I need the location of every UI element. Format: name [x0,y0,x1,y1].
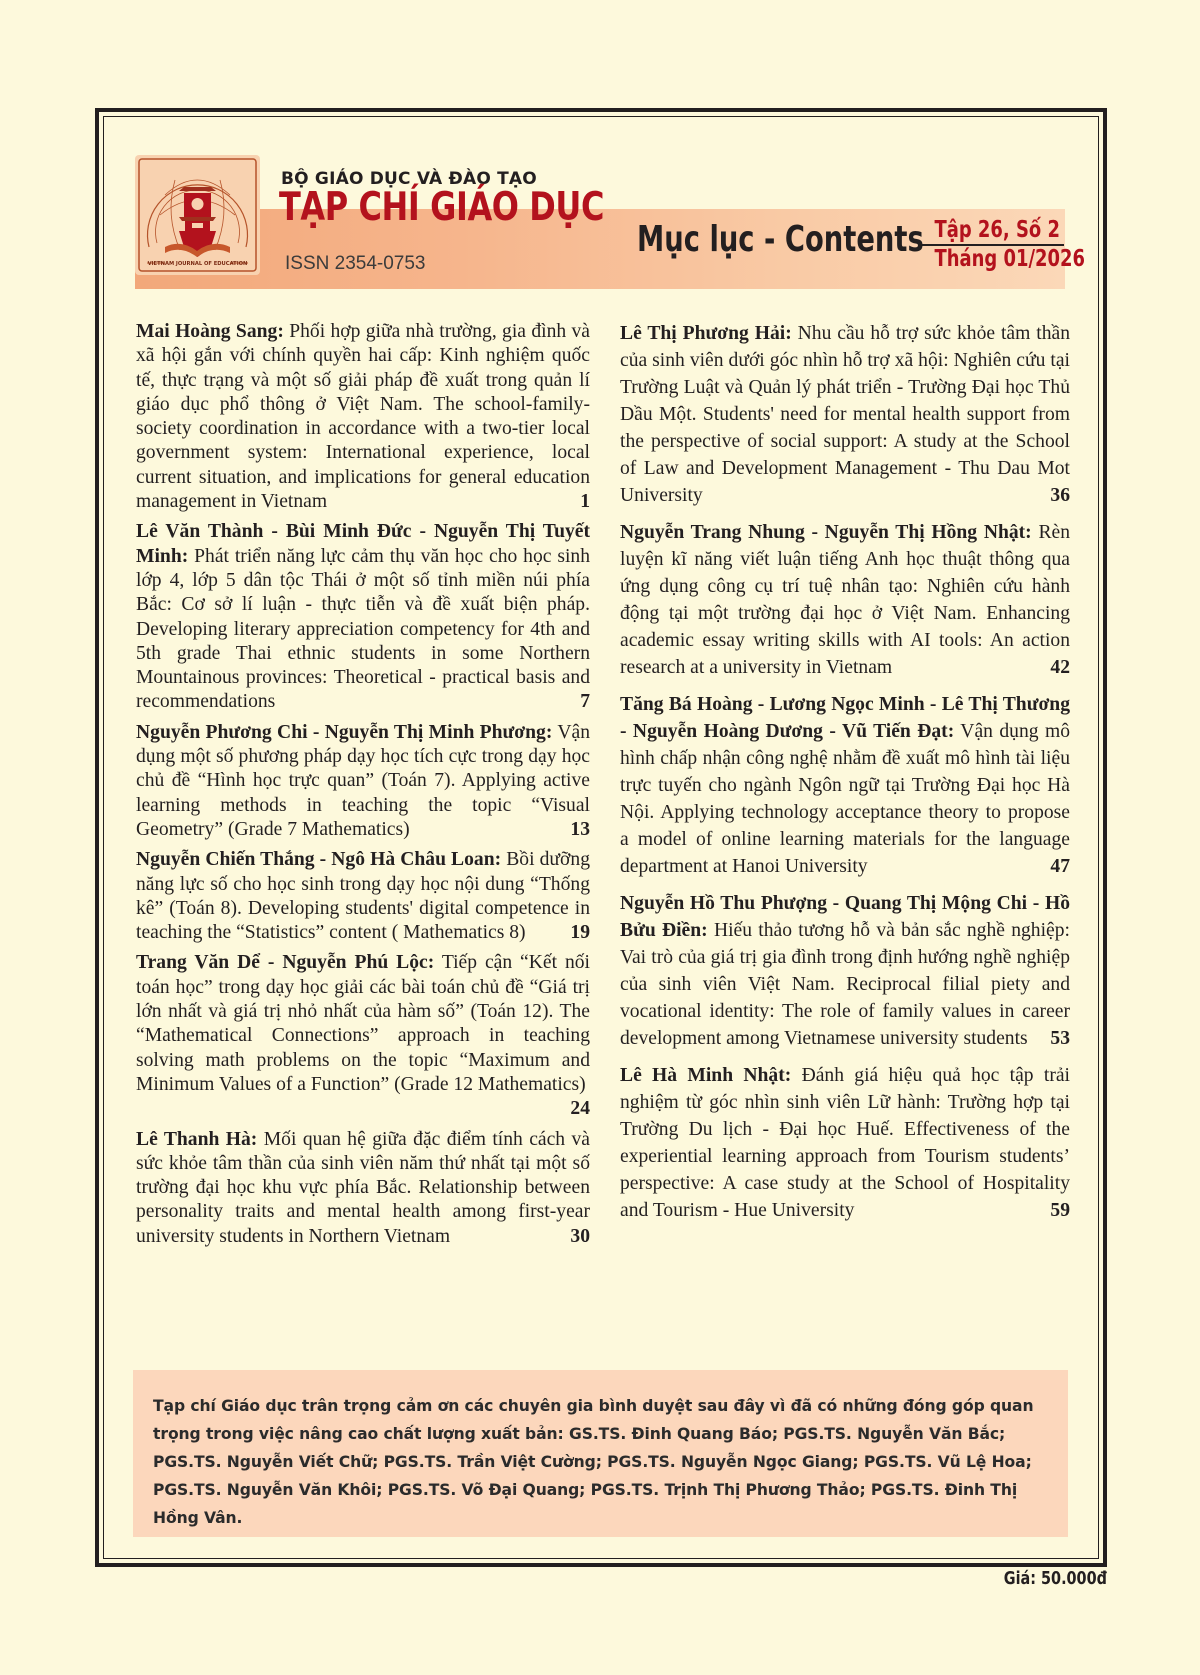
volume-number: Tập 26, Số 2 [935,217,1052,243]
entry-title: Nhu cầu hỗ trợ sức khỏe tâm thần của sin… [620,323,1070,506]
toc-entry[interactable]: Lê Thị Phương Hải: Nhu cầu hỗ trợ sức kh… [620,320,1070,509]
svg-text:VIETNAM JOURNAL OF EDUCATION: VIETNAM JOURNAL OF EDUCATION [148,261,248,267]
issue-info: Tập 26, Số 2 Tháng 01/2026 [918,217,1068,272]
entry-page: 53 [1050,1025,1070,1052]
issn: ISSN 2354-0753 [285,253,426,275]
toc-entry[interactable]: Nguyễn Chiến Thắng - Ngô Hà Châu Loan: B… [136,848,590,945]
temple-logo-icon: VIETNAM JOURNAL OF EDUCATION [135,155,260,275]
entry-title: Đánh giá hiệu quả học tập trải nghiệm từ… [620,1065,1070,1221]
entry-authors: Mai Hoàng Sang: [136,321,284,342]
entry-authors: Nguyễn Trang Nhung - Nguyễn Thị Hồng Nhậ… [620,522,1032,543]
entry-authors: Nguyễn Phương Chi - Nguyễn Thị Minh Phươ… [136,722,552,743]
acknowledgement-text: Tạp chí Giáo dục trân trọng cảm ơn các c… [153,1397,1034,1527]
toc-entry[interactable]: Lê Hà Minh Nhật: Đánh giá hiệu quả học t… [620,1062,1070,1224]
reviewer-acknowledgement-box: Tạp chí Giáo dục trân trọng cảm ơn các c… [133,1370,1068,1537]
toc-entry[interactable]: Lê Thanh Hà: Mối quan hệ giữa đặc điểm t… [136,1128,590,1249]
toc-right-column: Lê Thị Phương Hải: Nhu cầu hỗ trợ sức kh… [620,320,1070,1234]
toc-entry[interactable]: Trang Văn Dể - Nguyễn Phú Lộc: Tiếp cận … [136,951,590,1121]
entry-authors: Lê Thanh Hà: [136,1129,257,1150]
toc-entry[interactable]: Tăng Bá Hoàng - Lương Ngọc Minh - Lê Thị… [620,691,1070,880]
entry-page: 42 [1050,654,1070,681]
toc-entry[interactable]: Mai Hoàng Sang: Phối hợp giữa nhà trường… [136,320,590,514]
masthead: VIETNAM JOURNAL OF EDUCATION BỘ GIÁO DỤC… [135,155,1065,290]
issue-month: Tháng 01/2026 [935,246,1052,272]
entry-title: Tiếp cận “Kết nối toán học” trong dạy họ… [136,952,590,1094]
entry-page: 19 [570,921,590,945]
toc-entry[interactable]: Nguyễn Hồ Thu Phượng - Quang Thị Mộng Ch… [620,890,1070,1052]
contents-title: Mục lục - Contents [637,219,924,260]
entry-page: 1 [580,490,590,514]
entry-title: Vận dụng mô hình chấp nhận công nghệ nhằ… [620,721,1070,877]
entry-page: 47 [1050,853,1070,880]
journal-logo: VIETNAM JOURNAL OF EDUCATION [135,155,260,275]
entry-authors: Lê Hà Minh Nhật: [620,1065,791,1086]
toc-entry[interactable]: Nguyễn Phương Chi - Nguyễn Thị Minh Phươ… [136,721,590,842]
entry-authors: Nguyễn Chiến Thắng - Ngô Hà Châu Loan: [136,849,501,870]
journal-title: TẠP CHÍ GIÁO DỤC [279,185,604,230]
entry-page: 59 [1050,1197,1070,1224]
toc-entry[interactable]: Nguyễn Trang Nhung - Nguyễn Thị Hồng Nhậ… [620,519,1070,681]
entry-page: 36 [1050,482,1070,509]
entry-title: Phát triển năng lực cảm thụ văn học cho … [136,546,590,713]
entry-title: Rèn luyện kĩ năng viết luận tiếng Anh họ… [620,522,1070,678]
toc-left-column: Mai Hoàng Sang: Phối hợp giữa nhà trường… [136,320,590,1255]
entry-title: Phối hợp giữa nhà trường, gia đình và xã… [136,321,590,512]
entry-authors: Trang Văn Dể - Nguyễn Phú Lộc: [136,952,434,973]
entry-page: 24 [570,1097,590,1121]
entry-page: 7 [580,690,590,714]
toc-entry[interactable]: Lê Văn Thành - Bùi Minh Đức - Nguyễn Thị… [136,520,590,714]
price-label: Giá: 50.000đ [1004,1568,1107,1589]
entry-page: 30 [570,1225,590,1249]
entry-page: 13 [570,818,590,842]
entry-authors: Lê Thị Phương Hải: [620,323,792,344]
